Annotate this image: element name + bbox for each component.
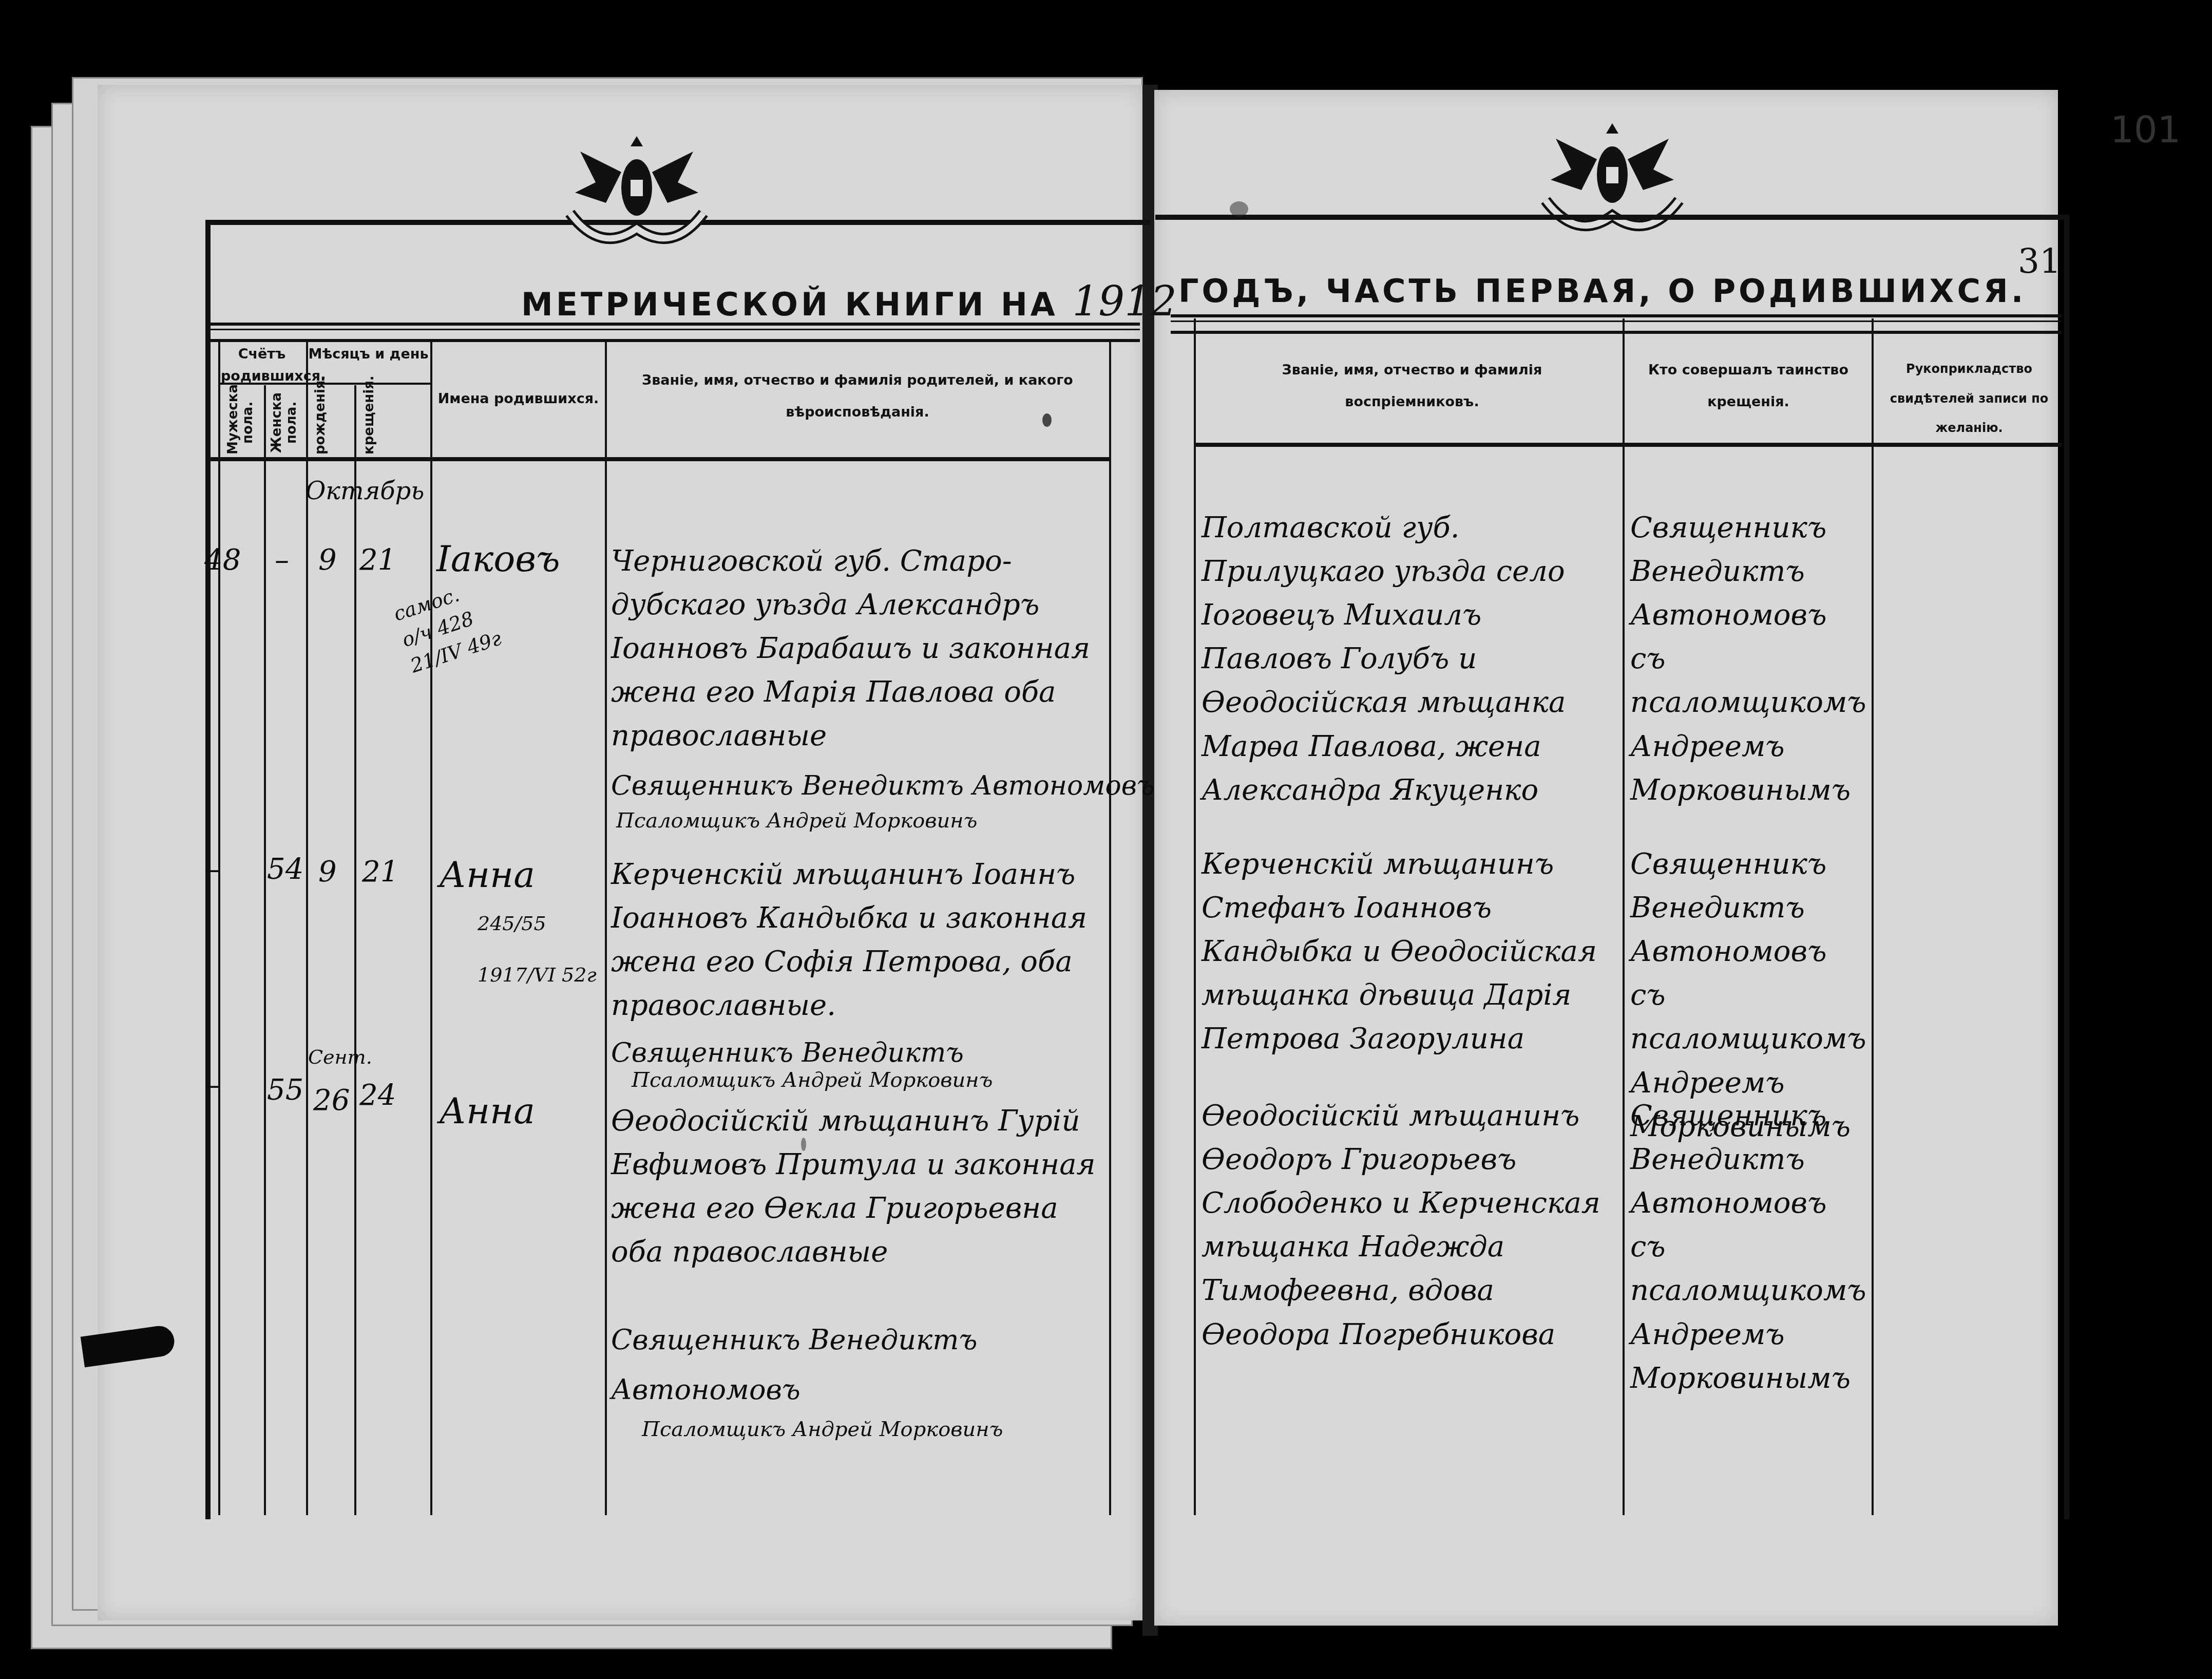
title-rule bbox=[211, 323, 1140, 342]
entry-3-baptism-day: 24 bbox=[359, 1073, 396, 1117]
col-divider bbox=[218, 339, 220, 1515]
col-divider bbox=[430, 339, 432, 1515]
header-officiant: Кто совершалъ таинство крещенія. bbox=[1633, 354, 1864, 418]
col-divider bbox=[264, 385, 266, 1515]
entry-1-parents: Черниговской губ. Старо-дубскаго уѣзда А… bbox=[611, 539, 1104, 758]
col-divider bbox=[354, 385, 356, 1515]
entry-3-officiant: Священникъ Венедиктъ Автономовъ съ псало… bbox=[1630, 1094, 1866, 1400]
entry-2-margin-note-2: 1917/VI 52г bbox=[478, 960, 597, 990]
col-divider bbox=[605, 339, 607, 1515]
page-title-left: Метрической книги на 1912 bbox=[521, 277, 1177, 325]
col-divider bbox=[306, 339, 308, 1515]
entry-2-female-no: 54 bbox=[267, 847, 303, 891]
title-text: Метрической книги на bbox=[521, 286, 1058, 323]
header-parents: Званіе, имя, отчество и фамилія родителе… bbox=[616, 365, 1099, 428]
header-bottom-rule bbox=[211, 457, 1109, 461]
entry-1-male-no: 48 bbox=[204, 538, 241, 582]
entry-1-baptism-day: 21 bbox=[359, 538, 396, 582]
entry-1-name: Іаковъ bbox=[436, 532, 560, 586]
header-date-group: Мѣсяцъ и день bbox=[308, 343, 429, 365]
entry-3-female-no: 55 bbox=[267, 1068, 303, 1112]
entry-3-birth-month: Сент. bbox=[308, 1043, 372, 1072]
entry-3-godparents: Өеодосійскій мѣщанинъ Өеодоръ Григорьевъ… bbox=[1202, 1094, 1617, 1356]
header-date-baptism: крещенія. bbox=[362, 390, 377, 455]
month-october: Октябрь bbox=[306, 473, 424, 510]
col-divider bbox=[1623, 318, 1625, 1515]
entry-2-priest-signature: Священникъ Венедиктъ bbox=[611, 1037, 964, 1068]
entry-3-parents: Өеодосійскій мѣщанинъ Гурій Евфимовъ При… bbox=[611, 1099, 1104, 1274]
ink-blot bbox=[801, 1138, 806, 1151]
entry-2-godparents: Керченскій мѣщанинъ Стефанъ Іоанновъ Кан… bbox=[1202, 842, 1617, 1061]
entry-3-male-no: – bbox=[205, 1063, 220, 1107]
header-bottom-rule bbox=[1194, 443, 2062, 447]
entry-1-psalmist-signature: Псаломщикъ Андрей Морковинъ bbox=[616, 809, 977, 833]
header-count-female: Женска пола. bbox=[270, 390, 299, 455]
entry-1-godparents: Полтавской губ. Прилуцкаго уѣзда село Іо… bbox=[1202, 506, 1617, 812]
entry-1-officiant: Священникъ Венедиктъ Автономовъ съ псало… bbox=[1630, 506, 1866, 812]
archive-folio-number: 101 bbox=[2110, 108, 2181, 151]
header-count-male: Мужеска пола. bbox=[226, 390, 255, 455]
page-title-right: годъ, часть первая, о родившихся. bbox=[1178, 272, 2026, 310]
entry-2-birth-day: 9 bbox=[318, 850, 337, 894]
col-divider bbox=[1109, 339, 1111, 1515]
header-names: Имена родившихся. bbox=[432, 388, 604, 410]
entry-3-psalmist-line-prev: Псаломщикъ Андрей Морковинъ bbox=[632, 1068, 993, 1092]
entry-1-priest-signature: Священникъ Венедиктъ Автономовъ bbox=[611, 770, 1155, 801]
page-number: 31 bbox=[2018, 241, 2061, 281]
entry-1-birth-day: 9 bbox=[318, 538, 337, 582]
imperial-eagle-emblem-icon bbox=[560, 126, 714, 259]
entry-2-margin-note-1: 245/55 bbox=[478, 909, 546, 939]
entry-1-female-no: – bbox=[275, 538, 289, 582]
title-rule bbox=[1171, 314, 2062, 334]
header-date-birth: рожденія. bbox=[313, 390, 328, 455]
entry-3-birth-day: 26 bbox=[313, 1079, 350, 1122]
entry-2-name: Анна bbox=[439, 847, 535, 902]
entry-3-psalmist-signature: Псаломщикъ Андрей Морковинъ bbox=[642, 1418, 1003, 1441]
entry-3-priest-signature: Священникъ Венедиктъ Автономовъ bbox=[611, 1315, 1073, 1414]
entry-2-parents: Керченскій мѣщанинъ Іоаннъ Іоанновъ Канд… bbox=[611, 853, 1104, 1027]
entry-2-male-no: – bbox=[205, 847, 220, 891]
header-godparents: Званіе, имя, отчество и фамилія воспріем… bbox=[1232, 354, 1592, 418]
ink-blot bbox=[1042, 413, 1052, 427]
col-divider bbox=[1194, 318, 1196, 1515]
binding-hole bbox=[1230, 201, 1248, 217]
col-divider bbox=[1872, 318, 1874, 1515]
header-count-group: Счётъ родившихся. bbox=[221, 343, 303, 387]
entry-3-name: Анна bbox=[439, 1084, 535, 1138]
header-witness-signatures: Рукоприкладство свидѣтелей записи по жел… bbox=[1877, 354, 2062, 443]
entry-2-baptism-day: 21 bbox=[362, 850, 398, 894]
